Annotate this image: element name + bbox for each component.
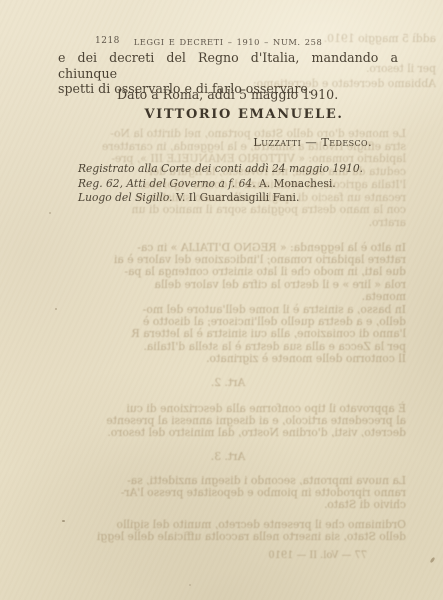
paper-speck <box>189 584 191 586</box>
bleedthrough-paragraph: La nuova impronta, secondo i disegni anz… <box>50 475 406 512</box>
bleedthrough-heading: Art. 3. <box>50 451 406 463</box>
bleedthrough-paragraph: In basso, a sinistra è il nome dell'auto… <box>50 304 406 365</box>
running-head: 1218 LEGGI E DECRETI – 1910 – NUM. 258 <box>58 36 398 48</box>
paper-speck <box>62 520 65 522</box>
bleedthrough-paragraph: È approvato il tipo conforme alla descri… <box>50 403 406 440</box>
paragraph-line: e dei decreti del Regno d'Italia, mandan… <box>58 50 398 81</box>
registration-line: Luogo del Sigillo. V. Il Guardasigilli F… <box>78 191 378 206</box>
book-page: 1218 LEGGI E DECRETI – 1910 – NUM. 258 e… <box>0 0 443 600</box>
paper-speck <box>49 212 51 214</box>
paper-speck <box>430 557 435 564</box>
registration-line: Reg. 62, Atti del Governo a f. 64. A. Mo… <box>78 177 378 192</box>
bleedthrough-heading: Art. 2. <box>50 377 406 389</box>
registration-line: Registrato alla Corte dei conti addì 24 … <box>78 162 378 177</box>
running-head-title: LEGGI E DECRETI – 1910 – NUM. 258 <box>58 37 398 47</box>
decree-dateline: Dato a Roma, addì 5 maggio 1910. <box>117 87 338 102</box>
royal-signature: VITTORIO EMANUELE. <box>74 107 414 122</box>
countersignature: Luzzatti — Tedesco. <box>58 135 398 149</box>
bleedthrough-paragraph: Ordiniamo che il presente decreto, munit… <box>50 519 406 543</box>
bleedthrough-footer: 77 — Vol. II — 1910 <box>50 550 406 562</box>
bleedthrough-paragraph: In alto è la leggenda: « REGNO D'ITALIA … <box>50 242 406 303</box>
paper-speck <box>55 308 57 310</box>
registration-note: Registrato alla Corte dei conti addì 24 … <box>78 162 378 206</box>
